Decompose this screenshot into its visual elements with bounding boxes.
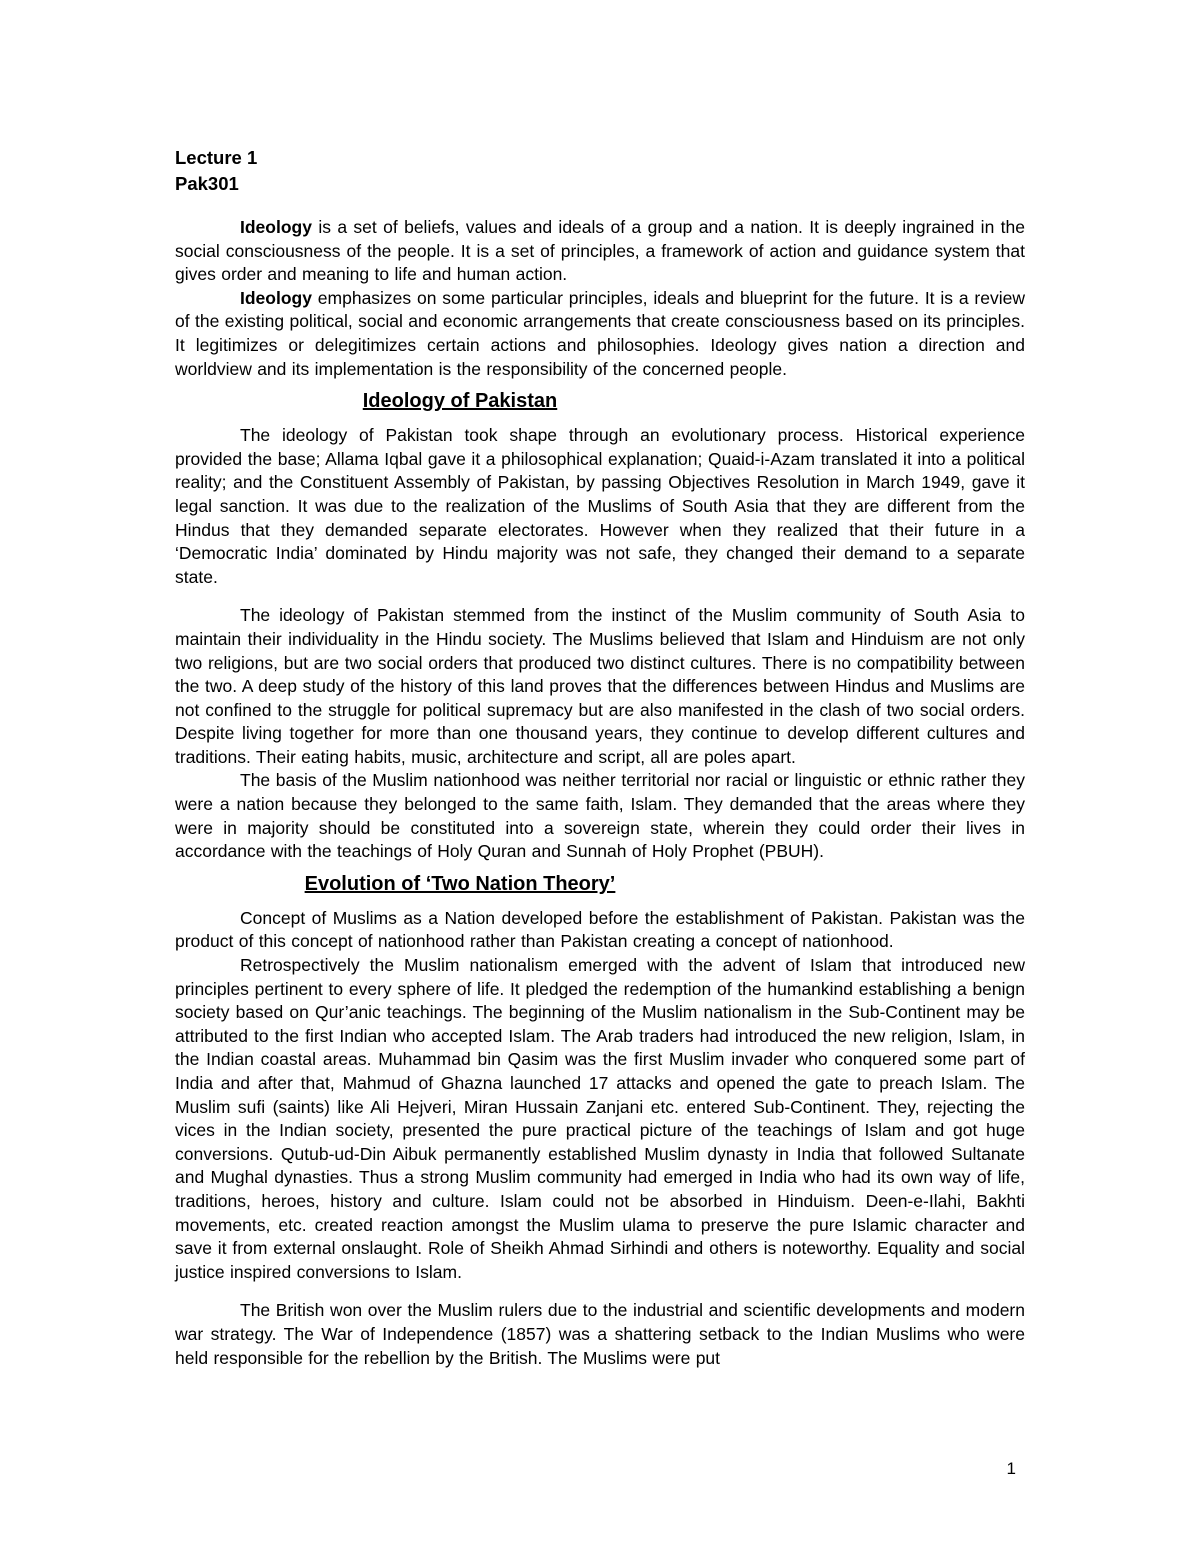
section-heading-two-nation-theory: Evolution of ‘Two Nation Theory’	[175, 871, 745, 897]
paragraph-ideology-definition: Ideology is a set of beliefs, values and…	[175, 216, 1025, 287]
paragraph-retrospective-nationalism: Retrospectively the Muslim nationalism e…	[175, 954, 1025, 1284]
page-number: 1	[1007, 1459, 1016, 1479]
paragraph-muslim-community-instinct: The ideology of Pakistan stemmed from th…	[175, 604, 1025, 769]
paragraph-evolutionary-process: The ideology of Pakistan took shape thro…	[175, 424, 1025, 589]
paragraph-concept-of-nation: Concept of Muslims as a Nation developed…	[175, 907, 1025, 954]
document-header: Lecture 1 Pak301	[175, 145, 1025, 197]
course-code: Pak301	[175, 171, 1025, 197]
bold-lead-word: Ideology	[240, 217, 312, 237]
lecture-title: Lecture 1	[175, 145, 1025, 171]
paragraph-basis-of-nationhood: The basis of the Muslim nationhood was n…	[175, 769, 1025, 863]
document-page: Lecture 1 Pak301 Ideology is a set of be…	[0, 0, 1200, 1553]
bold-lead-word: Ideology	[240, 288, 312, 308]
paragraph-british-won: The British won over the Muslim rulers d…	[175, 1299, 1025, 1370]
section-heading-ideology-of-pakistan: Ideology of Pakistan	[175, 388, 745, 414]
paragraph-ideology-emphasis: Ideology emphasizes on some particular p…	[175, 287, 1025, 381]
